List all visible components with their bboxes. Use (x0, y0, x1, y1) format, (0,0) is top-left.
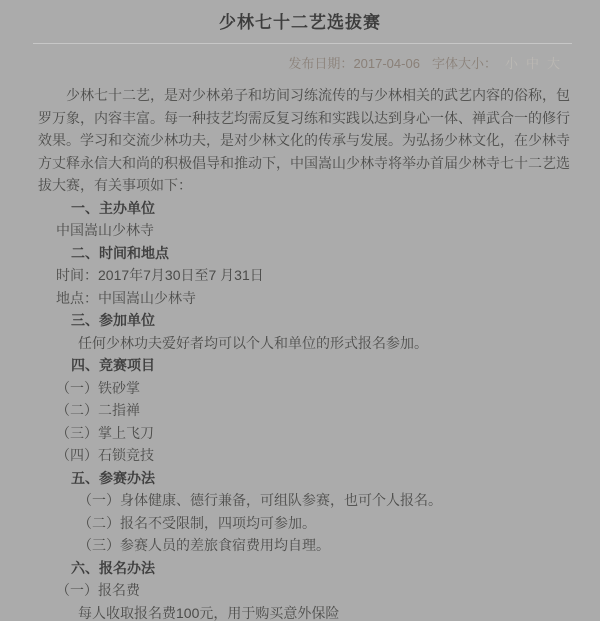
font-size-large-button[interactable]: 大 (547, 56, 560, 71)
section-heading: 六、报名办法 (38, 557, 570, 580)
section-heading: 二、时间和地点 (38, 242, 570, 265)
content-line: （三）参赛人员的差旅食宿费用均自理。 (38, 534, 570, 557)
content-line: （一）铁砂掌 (38, 377, 570, 400)
content-line: （二）报名不受限制，四项均可参加。 (38, 512, 570, 535)
article-page: 少林七十二艺选拔赛 发布日期：2017-04-06字体大小：小中大 少林七十二艺… (0, 0, 600, 621)
font-size-label: 字体大小： (432, 56, 497, 71)
content-line: 中国嵩山少林寺 (38, 219, 570, 242)
section-heading: 四、竞赛项目 (38, 354, 570, 377)
content-line: 任何少林功夫爱好者均可以个人和单位的形式报名参加。 (38, 332, 570, 355)
section-heading: 三、参加单位 (38, 309, 570, 332)
meta-bar: 发布日期：2017-04-06字体大小：小中大 (0, 44, 600, 72)
content-line: 地点：中国嵩山少林寺 (38, 287, 570, 310)
article-body: 少林七十二艺，是对少林弟子和坊间习练流传的与少林相关的武艺内容的俗称，包罗万象，… (0, 72, 600, 621)
publish-date-value: 2017-04-06 (353, 56, 420, 71)
publish-date-label: 发布日期： (288, 56, 353, 71)
font-size-small-button[interactable]: 小 (505, 56, 518, 71)
content-line: （二）二指禅 (38, 399, 570, 422)
content-line: 时间：2017年7月30日至7 月31日 (38, 264, 570, 287)
section-heading: 五、参赛办法 (38, 467, 570, 490)
font-size-medium-button[interactable]: 中 (526, 56, 539, 71)
section-heading: 一、主办单位 (38, 197, 570, 220)
content-line: 每人收取报名费100元，用于购买意外保险 (38, 602, 570, 621)
content-line: （四）石锁竞技 (38, 444, 570, 467)
content-line: （三）掌上飞刀 (38, 422, 570, 445)
content-line: （一）身体健康、德行兼备，可组队参赛，也可个人报名。 (38, 489, 570, 512)
page-title: 少林七十二艺选拔赛 (0, 0, 600, 33)
content-line: （一）报名费 (38, 579, 570, 602)
intro-paragraph: 少林七十二艺，是对少林弟子和坊间习练流传的与少林相关的武艺内容的俗称，包罗万象，… (38, 84, 570, 197)
